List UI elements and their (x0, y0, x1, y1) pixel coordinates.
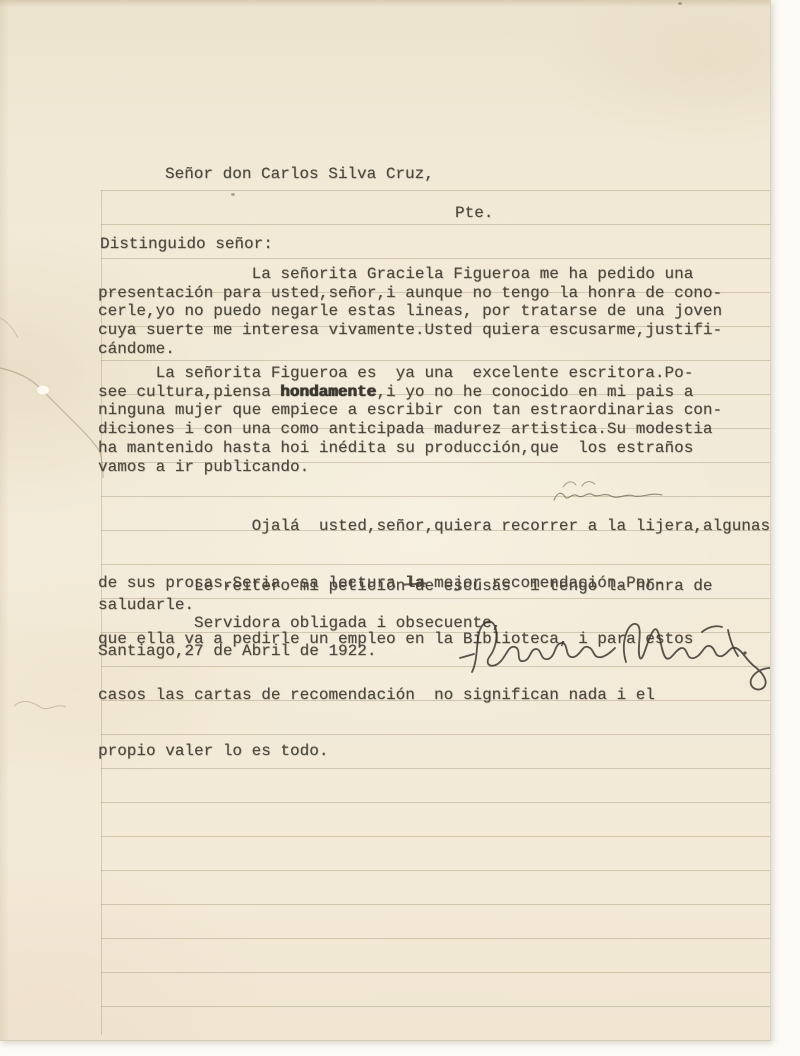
salutation-line: Distinguido señor: (100, 235, 273, 254)
overstruck-word-hondamente: hondamente (280, 383, 376, 402)
paragraph-introduction: La señorita Graciela Figueroa me ha pedi… (98, 265, 722, 359)
paragraph-request-line5: propio valer lo es todo. (98, 742, 770, 761)
paragraph-request-line1: Ojalá usted,señor,quiera recorrer a la l… (98, 517, 770, 536)
handwritten-caret-mark (560, 475, 600, 491)
date-line: Santiago,27 de Abril de 1922. (98, 642, 376, 661)
signature-gabriela-mistral: Gabriela Mistral (458, 596, 771, 700)
recipient-line: Señor don Carlos Silva Cruz, (165, 165, 434, 184)
paragraph-praise: La señorita Figueroa es ya una excelente… (98, 364, 722, 476)
scanned-page: Señor don Carlos Silva Cruz, Pte. Distin… (0, 0, 800, 1056)
place-line: Pte. (455, 204, 493, 223)
letter-paper: Señor don Carlos Silva Cruz, Pte. Distin… (0, 0, 771, 1041)
